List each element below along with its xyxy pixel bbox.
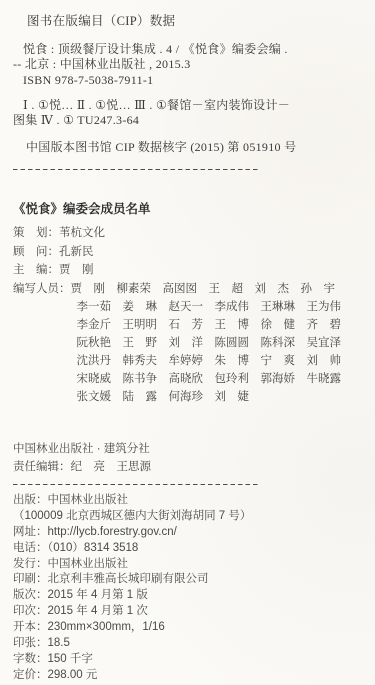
role-value: 贾 刚 <box>59 264 94 276</box>
publication-row: 印刷：北京利丰雅高长城印刷有限公司 <box>13 572 361 588</box>
pub-value: http://lycb.forestry.gov.cn/ <box>48 526 177 538</box>
pub-value: 中国林业出版社 <box>48 558 129 570</box>
pub-value: 北京利丰雅高长城印刷有限公司 <box>48 573 209 585</box>
pub-label: 网址： <box>13 526 48 538</box>
cip-isbn: ISBN 978-7-5038-7911-1 <box>13 73 361 88</box>
committee-title: 《悦食》编委会成员名单 <box>13 202 361 216</box>
publication-row: 印张：18.5 <box>13 636 361 652</box>
publication-row: 出版：中国林业出版社 <box>13 493 361 509</box>
cip-record-number: 中国版本图书馆 CIP 数据核字 (2015) 第 051910 号 <box>26 140 361 155</box>
dashed-separator <box>13 484 260 486</box>
publication-row: 字数：150 千字 <box>13 652 361 668</box>
role-label: 顾 问： <box>13 246 59 258</box>
publisher-division: 中国林业出版社 · 建筑分社 <box>13 440 361 458</box>
pub-label: 字数： <box>13 653 48 665</box>
role-label: 主 编： <box>13 264 59 276</box>
committee-section: 《悦食》编委会成员名单 策 划：苇杭文化 顾 问：孔新民 主 编：贾 刚 编写人… <box>13 202 361 406</box>
pub-value: （100009 北京西城区德内大街刘海胡同 7 号） <box>13 510 251 522</box>
editors-value: 纪 亮 王思源 <box>71 461 152 473</box>
committee-role-row: 主 编：贾 刚 <box>13 261 361 280</box>
publication-row: 印次：2015 年 4 月第 1 次 <box>13 604 361 620</box>
writers-line: 贾 刚 柳素荣 高囡囡 王 超 刘 杰 孙 宇 <box>71 280 362 298</box>
writers-line: 张文媛 陆 露 何海珍 刘 婕 <box>71 388 362 406</box>
pub-value: 150 千字 <box>48 653 93 665</box>
publication-row: （100009 北京西城区德内大街刘海胡同 7 号） <box>13 509 361 525</box>
pub-value: 中国林业出版社 <box>48 494 129 506</box>
publication-row: 电话：（010）8314 3518 <box>13 541 361 557</box>
pub-value: 230mm×300mm，1/16 <box>48 621 165 633</box>
role-value: 苇杭文化 <box>59 227 105 239</box>
pub-value: 2015 年 4 月第 1 次 <box>48 605 148 617</box>
committee-writers-row: 编写人员： 贾 刚 柳素荣 高囡囡 王 超 刘 杰 孙 宇 李一茹 姜 琳 赵天… <box>13 280 361 406</box>
cip-class-line: Ⅰ . ①悦… Ⅱ . ①悦… Ⅲ . ①餐馆－室内装饰设计－ <box>13 98 361 113</box>
pub-label: 印张： <box>13 637 48 649</box>
cip-class-line: 图集 Ⅳ . ① TU247.3-64 <box>13 113 361 128</box>
publication-row: 版次：2015 年 4 月第 1 版 <box>13 588 361 604</box>
writers-line: 宋晓威 陈书争 高晓欣 包玲利 郭海娇 牛晓露 <box>71 370 362 388</box>
cip-block: 图书在版编目（CIP）数据 悦食 : 顶级餐厅设计集成 . 4 / 《悦食》编委… <box>13 14 361 155</box>
writers-line: 李一茹 姜 琳 赵天一 李成伟 王琳琳 王为伟 <box>71 298 362 316</box>
publication-row: 定价：298.00 元 <box>13 668 361 684</box>
role-label: 策 划： <box>13 227 59 239</box>
publication-row: 网址：http://lycb.forestry.gov.cn/ <box>13 525 361 541</box>
publication-details: 出版：中国林业出版社 （100009 北京西城区德内大街刘海胡同 7 号） 网址… <box>13 493 361 684</box>
pub-label: 定价： <box>13 669 48 681</box>
pub-label: 发行： <box>13 558 48 570</box>
pub-value: 298.00 元 <box>48 669 98 681</box>
cip-line: -- 北京 : 中国林业出版社 , 2015.3 <box>13 57 361 72</box>
cip-line: 悦食 : 顶级餐厅设计集成 . 4 / 《悦食》编委会编 . <box>13 42 361 57</box>
copyright-page: 图书在版编目（CIP）数据 悦食 : 顶级餐厅设计集成 . 4 / 《悦食》编委… <box>0 0 375 684</box>
writers-line: 沈洪丹 韩秀夫 牟婷婷 朱 博 宁 爽 刘 帅 <box>71 352 362 370</box>
writers-line: 阮秋艳 王 野 刘 洋 陈圆圆 陈科深 吴宜泽 <box>71 334 362 352</box>
pub-label: 开本： <box>13 621 48 633</box>
role-value: 孔新民 <box>59 246 94 258</box>
writers-label: 编写人员： <box>13 280 71 299</box>
committee-role-row: 顾 问：孔新民 <box>13 243 361 262</box>
pub-label: 出版： <box>13 494 48 506</box>
pub-label: 电话： <box>13 542 48 554</box>
cip-description: 悦食 : 顶级餐厅设计集成 . 4 / 《悦食》编委会编 . -- 北京 : 中… <box>13 42 361 88</box>
cip-header: 图书在版编目（CIP）数据 <box>27 14 361 29</box>
publication-row: 开本：230mm×300mm，1/16 <box>13 620 361 636</box>
writers-line: 李金斤 王明明 石 芳 王 博 徐 健 齐 碧 <box>71 316 362 334</box>
pub-label: 版次： <box>13 589 48 601</box>
pub-label: 印次： <box>13 605 48 617</box>
pub-value: （010）8314 3518 <box>48 542 139 554</box>
committee-role-row: 策 划：苇杭文化 <box>13 224 361 243</box>
publication-row: 发行：中国林业出版社 <box>13 557 361 573</box>
editors-label: 责任编辑： <box>13 461 71 473</box>
cip-classification: Ⅰ . ①悦… Ⅱ . ①悦… Ⅲ . ①餐馆－室内装饰设计－ 图集 Ⅳ . ①… <box>13 98 361 128</box>
pub-label: 印刷： <box>13 573 48 585</box>
pub-value: 18.5 <box>48 637 70 649</box>
responsible-editors-row: 责任编辑：纪 亮 王思源 <box>13 458 361 476</box>
committee-roles: 策 划：苇杭文化 顾 问：孔新民 主 编：贾 刚 编写人员： 贾 刚 柳素荣 高… <box>13 224 361 406</box>
dashed-separator <box>13 168 260 170</box>
writers-list: 贾 刚 柳素荣 高囡囡 王 超 刘 杰 孙 宇 李一茹 姜 琳 赵天一 李成伟 … <box>71 280 362 406</box>
pub-value: 2015 年 4 月第 1 版 <box>48 589 148 601</box>
